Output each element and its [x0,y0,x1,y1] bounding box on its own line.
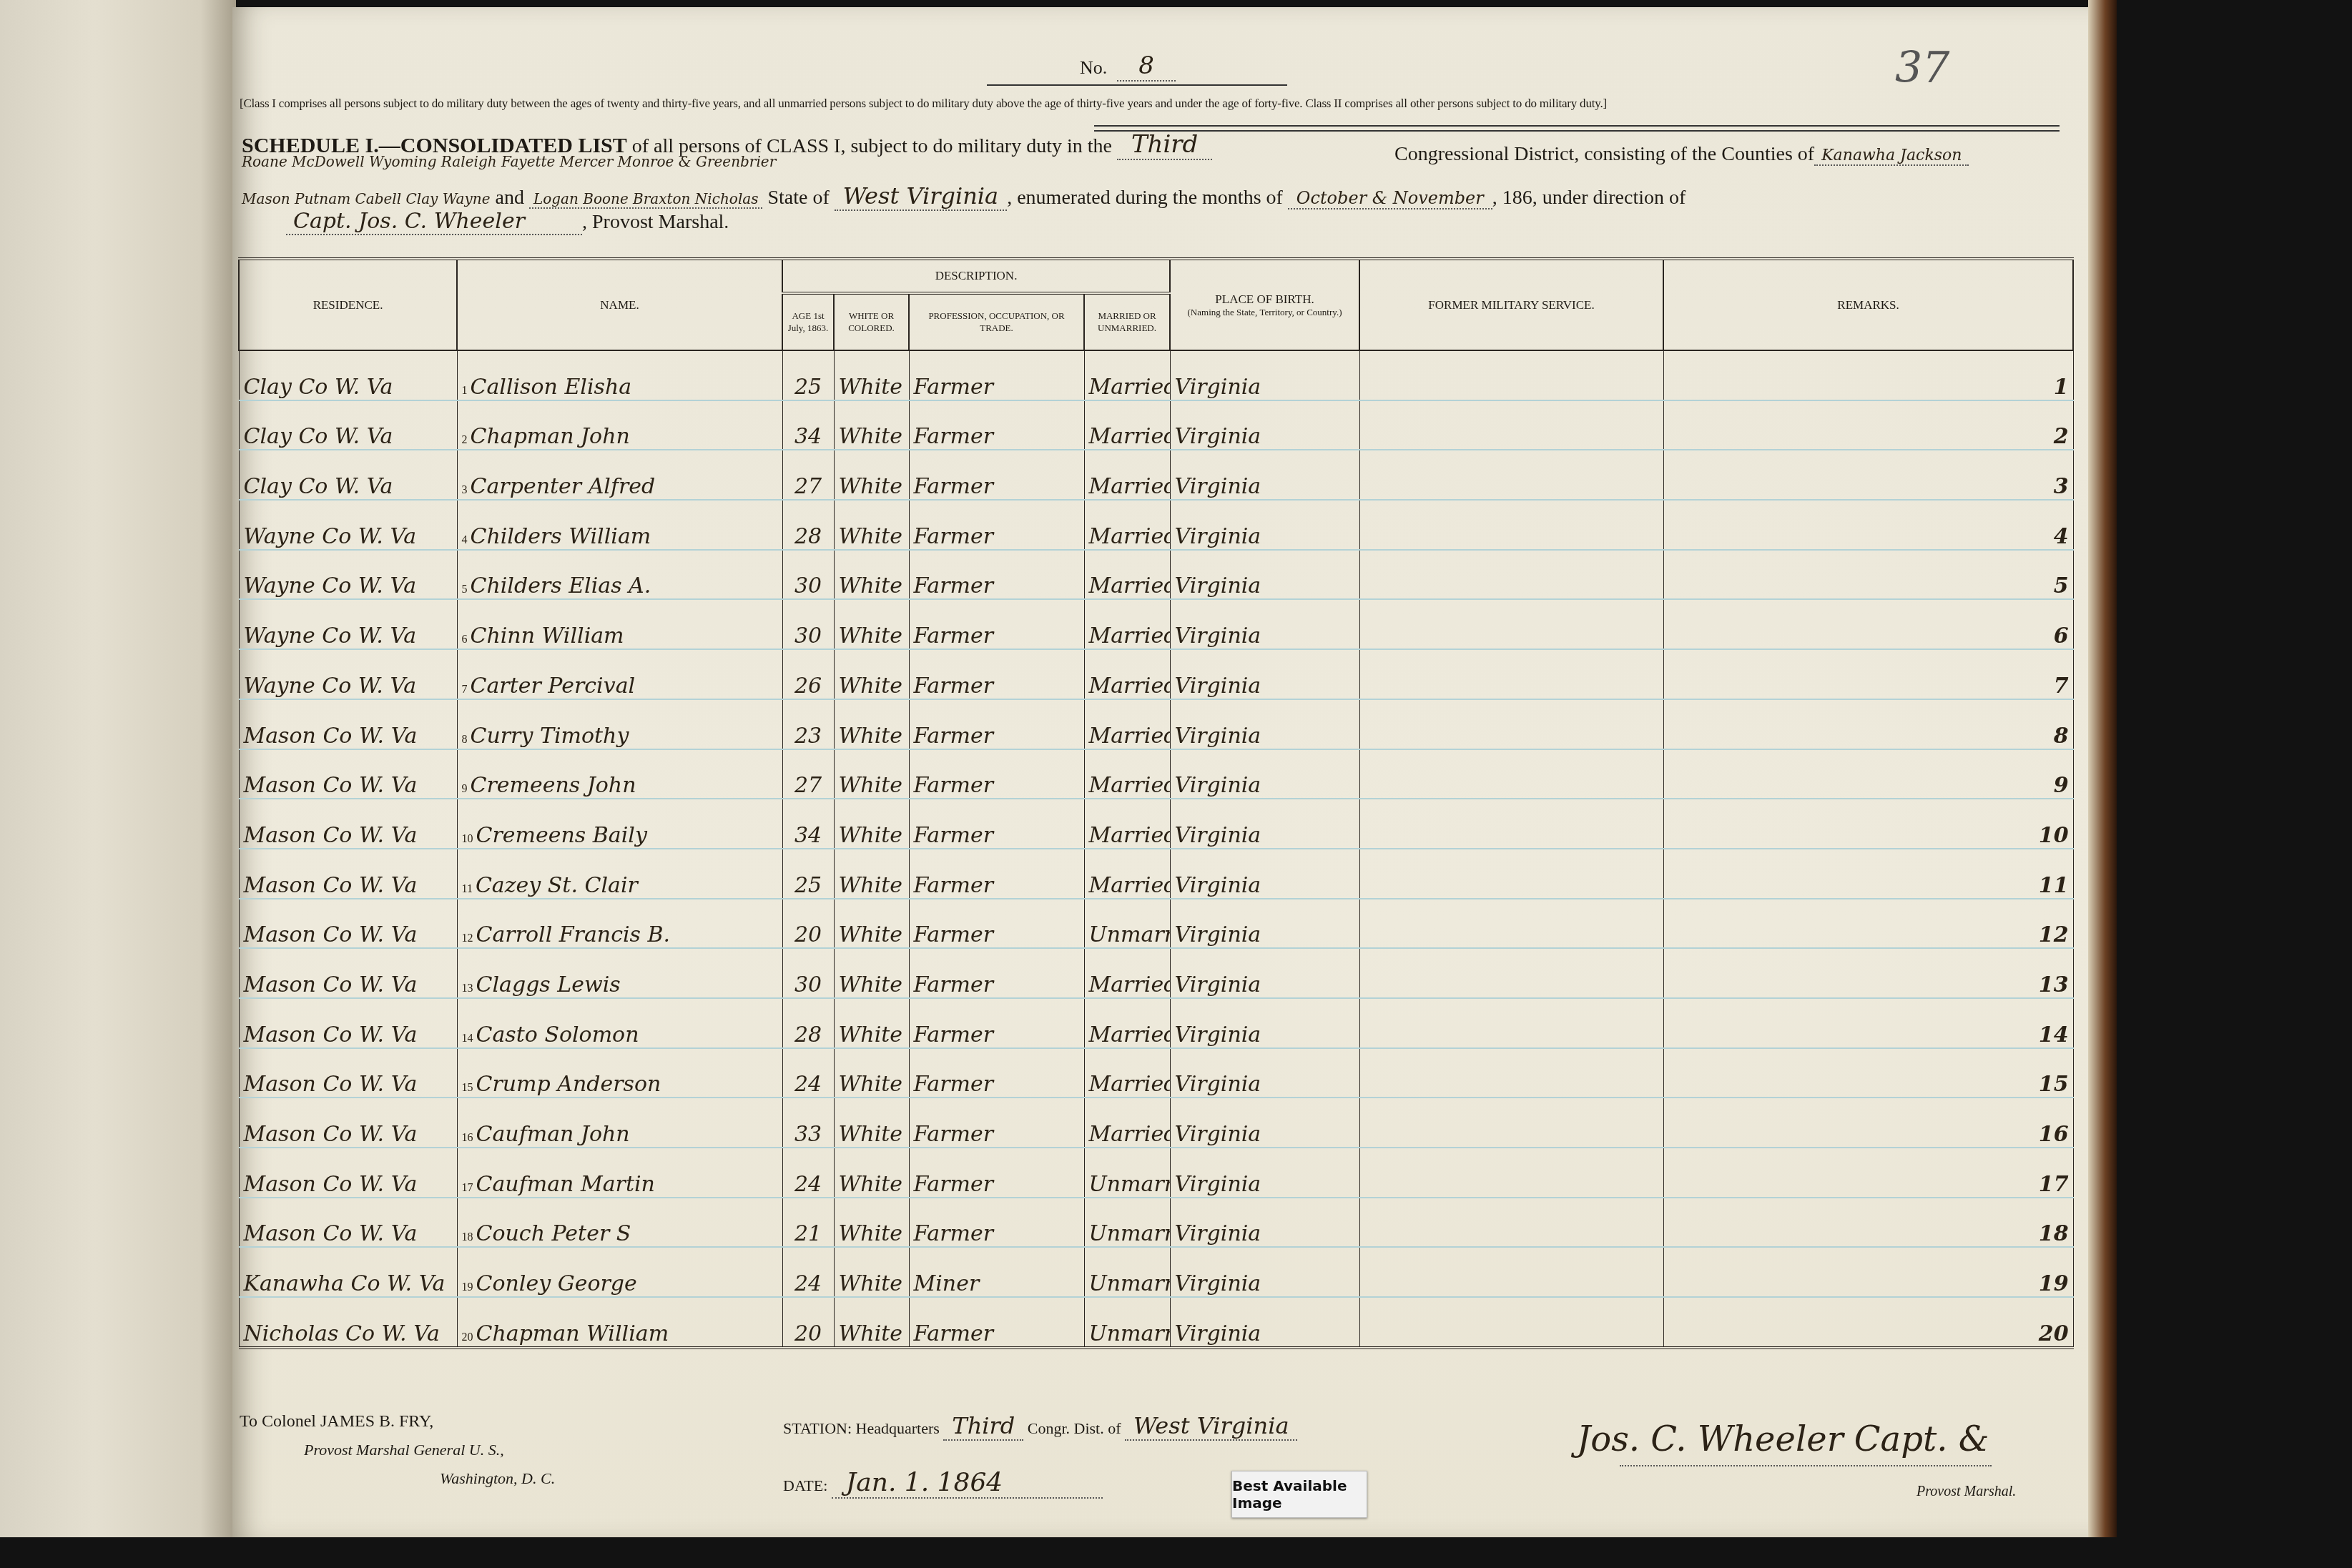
cell-residence: Wayne Co W. Va [239,599,457,649]
cell-birth: Virginia [1170,1297,1359,1348]
cell-color: White [834,500,909,550]
cell-married: Married [1084,450,1170,500]
entry-number: 17 [462,1182,473,1194]
cell-residence: Wayne Co W. Va [239,550,457,600]
cell-color: White [834,699,909,749]
entry-name: Conley George [476,1271,637,1296]
direction-text: , under direction of [1532,187,1686,209]
cell-profession: Farmer [909,799,1084,849]
cell-former-service [1359,749,1663,799]
cell-color: White [834,948,909,998]
cell-residence: Wayne Co W. Va [239,649,457,699]
district-value: Third [1117,130,1212,160]
addressee-location: Washington, D. C. [440,1469,555,1488]
cell-married: Unmarried [1084,1148,1170,1198]
cell-profession: Farmer [909,1098,1084,1148]
cell-name: 4Childers William [457,500,782,550]
marshal-line: Capt. Jos. C. Wheeler, Provost Marshal. [286,209,729,234]
class-definition-note: [Class I comprises all persons subject t… [240,97,2085,111]
cell-married: Unmarried [1084,1198,1170,1248]
entry-number: 19 [462,1281,473,1293]
header-married: MARRIED OR UNMARRIED. [1084,293,1170,350]
state-label: State of [767,187,829,209]
cell-remarks-line-number: 15 [1663,1048,2073,1098]
district-text: Congressional District, consisting of th… [1394,143,1814,165]
cell-married: Married [1084,599,1170,649]
entry-name: Cazey St. Clair [476,873,638,898]
entry-name: Carter Percival [471,674,636,699]
cell-former-service [1359,899,1663,949]
entry-number: 20 [462,1331,473,1343]
cell-former-service [1359,350,1663,400]
cell-age: 23 [782,699,834,749]
date-label: DATE: [783,1476,827,1494]
cell-residence: Wayne Co W. Va [239,500,457,550]
table-row: Mason Co W. Va16Caufman John33WhiteFarme… [239,1098,2073,1148]
entry-name: Carpenter Alfred [471,474,656,499]
cell-remarks-line-number: 16 [1663,1098,2073,1148]
cell-birth: Virginia [1170,799,1359,849]
table-row: Mason Co W. Va13Claggs Lewis30WhiteFarme… [239,948,2073,998]
entry-number: 9 [462,783,468,795]
entry-name: Caufman Martin [476,1172,655,1197]
cell-married: Married [1084,400,1170,450]
cell-married: Married [1084,998,1170,1048]
cell-color: White [834,400,909,450]
table-row: Mason Co W. Va15Crump Anderson24WhiteFar… [239,1048,2073,1098]
document-number: No.8 [1080,51,1176,80]
cell-remarks-line-number: 1 [1663,350,2073,400]
cell-remarks-line-number: 17 [1663,1148,2073,1198]
cell-residence: Mason Co W. Va [239,749,457,799]
cell-age: 33 [782,1098,834,1148]
signature-title: Provost Marshal. [1916,1484,2016,1500]
cell-remarks-line-number: 10 [1663,799,2073,849]
cell-name: 3Carpenter Alfred [457,450,782,500]
cell-age: 30 [782,948,834,998]
entry-name: Claggs Lewis [476,972,621,997]
cell-former-service [1359,1098,1663,1148]
table-row: Mason Co W. Va9Cremeens John27WhiteFarme… [239,749,2073,799]
header-description: DESCRIPTION. [782,259,1170,293]
table-row: Nicholas Co W. Va20Chapman William20Whit… [239,1297,2073,1348]
entry-name: Cremeens Baily [476,823,647,848]
cell-color: White [834,649,909,699]
cell-former-service [1359,649,1663,699]
table-row: Wayne Co W. Va7Carter Percival26WhiteFar… [239,649,2073,699]
cell-age: 26 [782,649,834,699]
cell-married: Married [1084,948,1170,998]
cell-birth: Virginia [1170,550,1359,600]
cell-birth: Virginia [1170,649,1359,699]
cell-profession: Farmer [909,649,1084,699]
cell-married: Married [1084,1098,1170,1148]
cell-profession: Farmer [909,998,1084,1048]
cell-color: White [834,1198,909,1248]
entry-name: Casto Solomon [476,1022,639,1047]
cell-remarks-line-number: 12 [1663,899,2073,949]
cell-name: 19Conley George [457,1247,782,1297]
cell-former-service [1359,1048,1663,1098]
entry-number: 13 [462,982,473,995]
cell-remarks-line-number: 5 [1663,550,2073,600]
cell-age: 24 [782,1247,834,1297]
cell-former-service [1359,998,1663,1048]
table-row: Mason Co W. Va14Casto Solomon28WhiteFarm… [239,998,2073,1048]
table-row: Clay Co W. Va2Chapman John34WhiteFarmerM… [239,400,2073,450]
cell-name: 16Caufman John [457,1098,782,1148]
header-color: WHITE OR COLORED. [834,293,909,350]
cell-profession: Farmer [909,948,1084,998]
cell-profession: Farmer [909,550,1084,600]
counties-right-value: Kanawha Jackson [1814,147,1969,166]
cell-color: White [834,550,909,600]
cell-color: White [834,849,909,899]
cell-profession: Farmer [909,350,1084,400]
counties-line-3: Logan Boone Braxton Nicholas [529,190,763,209]
cell-birth: Virginia [1170,350,1359,400]
signature: Jos. C. Wheeler Capt. & [1577,1419,1989,1459]
cell-profession: Farmer [909,500,1084,550]
header-birth-title: PLACE OF BIRTH. [1173,292,1356,307]
cell-name: 7Carter Percival [457,649,782,699]
cell-married: Unmarried [1084,1247,1170,1297]
entry-name: Childers Elias A. [471,573,651,598]
cell-former-service [1359,699,1663,749]
cell-age: 27 [782,450,834,500]
header-birth-sub: (Naming the State, Territory, or Country… [1173,307,1356,318]
cell-age: 34 [782,799,834,849]
header-age: AGE 1st July, 1863. [782,293,834,350]
cell-former-service [1359,799,1663,849]
counties-line-1: Roane McDowell Wyoming Raleigh Fayette M… [242,153,776,170]
header-profession: PROFESSION, OCCUPATION, OR TRADE. [909,293,1084,350]
cell-color: White [834,450,909,500]
station-line: STATION: Headquarters Third Congr. Dist.… [783,1412,1297,1439]
entry-number: 2 [462,434,468,446]
cell-residence: Mason Co W. Va [239,849,457,899]
district-counties-line: Congressional District, consisting of th… [1394,143,1969,166]
entry-number: 1 [462,385,468,397]
cell-profession: Farmer [909,599,1084,649]
cell-age: 28 [782,998,834,1048]
entry-name: Chapman John [471,424,630,449]
cell-residence: Mason Co W. Va [239,699,457,749]
table-row: Mason Co W. Va12Carroll Francis B.20Whit… [239,899,2073,949]
cell-former-service [1359,1297,1663,1348]
cell-residence: Nicholas Co W. Va [239,1297,457,1348]
entry-number: 8 [462,734,468,746]
entry-name: Caufman John [476,1122,630,1147]
header-former-service: FORMER MILITARY SERVICE. [1359,259,1663,350]
cell-birth: Virginia [1170,699,1359,749]
addressee-title: Provost Marshal General U. S., [304,1441,504,1459]
cell-married: Unmarried [1084,1297,1170,1348]
months-value: October & November [1288,188,1492,209]
cell-profession: Farmer [909,1048,1084,1098]
cell-residence: Clay Co W. Va [239,350,457,400]
cell-married: Married [1084,550,1170,600]
marshal-name: Capt. Jos. C. Wheeler [286,209,582,235]
station-district: Third [943,1412,1023,1441]
entry-name: Carroll Francis B. [476,922,671,947]
book-edge [2088,0,2117,1537]
table-row: Mason Co W. Va8Curry Timothy23WhiteFarme… [239,699,2073,749]
and-label: and [496,187,524,209]
cell-profession: Miner [909,1247,1084,1297]
entry-name: Curry Timothy [471,724,629,749]
marshal-title: , Provost Marshal. [582,211,729,233]
cell-name: 9Cremeens John [457,749,782,799]
cell-remarks-line-number: 8 [1663,699,2073,749]
cell-name: 5Childers Elias A. [457,550,782,600]
cell-name: 12Carroll Francis B. [457,899,782,949]
entry-number: 12 [462,932,473,945]
cell-remarks-line-number: 19 [1663,1247,2073,1297]
entry-name: Couch Peter S [476,1221,631,1246]
cell-name: 1Callison Elisha [457,350,782,400]
cell-residence: Mason Co W. Va [239,1198,457,1248]
cell-birth: Virginia [1170,1048,1359,1098]
cell-name: 2Chapman John [457,400,782,450]
cell-profession: Farmer [909,749,1084,799]
signature-line [1620,1465,1992,1466]
cell-birth: Virginia [1170,500,1359,550]
cell-married: Married [1084,749,1170,799]
cell-married: Married [1084,699,1170,749]
cell-profession: Farmer [909,450,1084,500]
cell-profession: Farmer [909,899,1084,949]
table-row: Wayne Co W. Va5Childers Elias A.30WhiteF… [239,550,2073,600]
cell-residence: Mason Co W. Va [239,1098,457,1148]
document-number-label: No. [1080,57,1107,78]
congr-label: Congr. Dist. of [1028,1419,1121,1437]
cell-age: 25 [782,849,834,899]
cell-former-service [1359,400,1663,450]
cell-remarks-line-number: 7 [1663,649,2073,699]
cell-color: White [834,1297,909,1348]
station-label: STATION: Headquarters [783,1419,940,1437]
consolidated-list-table: RESIDENCE. NAME. DESCRIPTION. PLACE OF B… [238,257,2074,1349]
cell-former-service [1359,599,1663,649]
cell-remarks-line-number: 4 [1663,500,2073,550]
entry-number: 4 [462,534,468,546]
cell-remarks-line-number: 14 [1663,998,2073,1048]
cell-remarks-line-number: 6 [1663,599,2073,649]
cell-residence: Mason Co W. Va [239,1048,457,1098]
header-rule [987,84,1287,86]
cell-profession: Farmer [909,1148,1084,1198]
entry-number: 18 [462,1231,473,1243]
cell-former-service [1359,849,1663,899]
entry-name: Cremeens John [471,773,636,798]
entry-name: Chapman William [476,1321,669,1346]
cell-birth: Virginia [1170,899,1359,949]
addressee: To Colonel JAMES B. FRY, [240,1412,433,1431]
table-row: Kanawha Co W. Va19Conley George24WhiteMi… [239,1247,2073,1297]
entry-number: 15 [462,1082,473,1094]
entry-number: 11 [462,883,473,895]
station-state: West Virginia [1125,1412,1297,1441]
cell-birth: Virginia [1170,1247,1359,1297]
entry-number: 7 [462,684,468,696]
cell-birth: Virginia [1170,1198,1359,1248]
cell-color: White [834,1098,909,1148]
cell-residence: Mason Co W. Va [239,998,457,1048]
cell-color: White [834,899,909,949]
cell-age: 28 [782,500,834,550]
cell-profession: Farmer [909,849,1084,899]
date-value: Jan. 1. 1864 [832,1468,1103,1499]
cell-age: 24 [782,1048,834,1098]
cell-married: Married [1084,799,1170,849]
cell-color: White [834,599,909,649]
cell-married: Married [1084,849,1170,899]
state-line: Mason Putnam Cabell Clay Wayne and Logan… [242,182,1686,209]
cell-profession: Farmer [909,1297,1084,1348]
header-name: NAME. [457,259,782,350]
cell-former-service [1359,948,1663,998]
table-row: Wayne Co W. Va6Chinn William30WhiteFarme… [239,599,2073,649]
cell-age: 24 [782,1148,834,1198]
header-row-1: RESIDENCE. NAME. DESCRIPTION. PLACE OF B… [239,259,2073,293]
cell-age: 21 [782,1198,834,1248]
cell-former-service [1359,1148,1663,1198]
cell-age: 30 [782,599,834,649]
table-row: Mason Co W. Va17Caufman Martin24WhiteFar… [239,1148,2073,1198]
cell-married: Married [1084,500,1170,550]
cell-residence: Mason Co W. Va [239,948,457,998]
cell-color: White [834,799,909,849]
table-row: Clay Co W. Va1Callison Elisha25WhiteFarm… [239,350,2073,400]
cell-former-service [1359,1247,1663,1297]
cell-residence: Clay Co W. Va [239,450,457,500]
cell-former-service [1359,500,1663,550]
entry-number: 10 [462,833,473,845]
cell-residence: Clay Co W. Va [239,400,457,450]
table-row: Mason Co W. Va10Cremeens Baily34WhiteFar… [239,799,2073,849]
header-residence: RESIDENCE. [239,259,457,350]
cell-remarks-line-number: 20 [1663,1297,2073,1348]
cell-age: 20 [782,899,834,949]
entry-number: 5 [462,583,468,596]
header-remarks: REMARKS. [1663,259,2073,350]
cell-color: White [834,350,909,400]
cell-color: White [834,1247,909,1297]
entry-number: 3 [462,484,468,496]
entry-name: Chinn William [471,623,624,649]
state-value: West Virginia [835,182,1007,211]
cell-remarks-line-number: 13 [1663,948,2073,998]
cell-remarks-line-number: 9 [1663,749,2073,799]
cell-name: 8Curry Timothy [457,699,782,749]
cell-profession: Farmer [909,699,1084,749]
cell-name: 13Claggs Lewis [457,948,782,998]
header-place-of-birth: PLACE OF BIRTH. (Naming the State, Terri… [1170,259,1359,350]
cell-birth: Virginia [1170,948,1359,998]
cell-birth: Virginia [1170,1148,1359,1198]
cell-color: White [834,998,909,1048]
cell-residence: Mason Co W. Va [239,799,457,849]
cell-former-service [1359,1198,1663,1248]
cell-age: 34 [782,400,834,450]
cell-birth: Virginia [1170,1098,1359,1148]
cell-name: 6Chinn William [457,599,782,649]
year-text: , 186 [1492,187,1532,209]
page-number: 37 [1895,43,1949,93]
enumerated-text: , enumerated during the months of [1007,187,1283,209]
header-double-rule [1094,125,2060,132]
cell-married: Married [1084,350,1170,400]
cell-married: Unmarried [1084,899,1170,949]
cell-birth: Virginia [1170,749,1359,799]
cell-married: Married [1084,649,1170,699]
cell-birth: Virginia [1170,450,1359,500]
cell-color: White [834,1048,909,1098]
cell-name: 15Crump Anderson [457,1048,782,1098]
cell-remarks-line-number: 2 [1663,400,2073,450]
cell-age: 20 [782,1297,834,1348]
cell-remarks-line-number: 11 [1663,849,2073,899]
table-row: Mason Co W. Va18Couch Peter S21WhiteFarm… [239,1198,2073,1248]
date-line: DATE: Jan. 1. 1864 [783,1468,1103,1497]
entry-name: Childers William [471,524,651,549]
cell-name: 17Caufman Martin [457,1148,782,1198]
entry-name: Callison Elisha [471,375,632,400]
cell-birth: Virginia [1170,998,1359,1048]
cell-name: 14Casto Solomon [457,998,782,1048]
cell-residence: Mason Co W. Va [239,899,457,949]
cell-name: 11Cazey St. Clair [457,849,782,899]
cell-profession: Farmer [909,400,1084,450]
cell-age: 27 [782,749,834,799]
cell-name: 20Chapman William [457,1297,782,1348]
entry-number: 14 [462,1032,473,1045]
cell-former-service [1359,450,1663,500]
cell-remarks-line-number: 18 [1663,1198,2073,1248]
table-row: Wayne Co W. Va4Childers William28WhiteFa… [239,500,2073,550]
cell-residence: Kanawha Co W. Va [239,1247,457,1297]
entry-number: 16 [462,1132,473,1144]
cell-name: 18Couch Peter S [457,1198,782,1248]
cell-color: White [834,1148,909,1198]
cell-profession: Farmer [909,1198,1084,1248]
footer: To Colonel JAMES B. FRY, Provost Marshal… [240,1412,2085,1534]
entry-name: Crump Anderson [476,1072,661,1097]
cell-residence: Mason Co W. Va [239,1148,457,1198]
cell-age: 30 [782,550,834,600]
facing-page [0,0,236,1537]
cell-remarks-line-number: 3 [1663,450,2073,500]
cell-birth: Virginia [1170,599,1359,649]
best-available-image-stamp: Best Available Image [1231,1471,1367,1518]
document-number-value: 8 [1117,51,1176,82]
cell-birth: Virginia [1170,400,1359,450]
cell-former-service [1359,550,1663,600]
counties-line-2: Mason Putnam Cabell Clay Wayne [242,190,491,207]
table-row: Clay Co W. Va3Carpenter Alfred27WhiteFar… [239,450,2073,500]
cell-birth: Virginia [1170,849,1359,899]
cell-name: 10Cremeens Baily [457,799,782,849]
cell-married: Married [1084,1048,1170,1098]
cell-age: 25 [782,350,834,400]
table-row: Mason Co W. Va11Cazey St. Clair25WhiteFa… [239,849,2073,899]
cell-color: White [834,749,909,799]
entry-number: 6 [462,633,468,646]
